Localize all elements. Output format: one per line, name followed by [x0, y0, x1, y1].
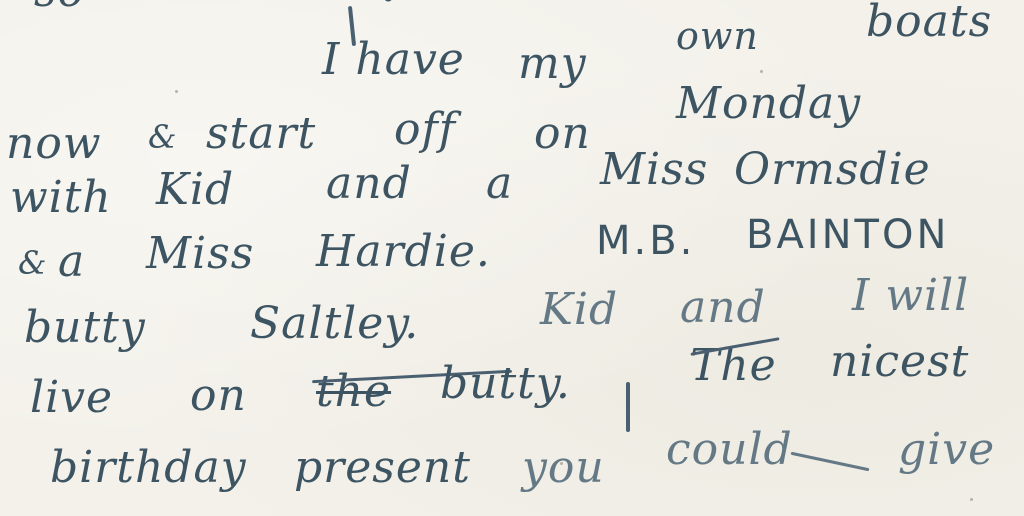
paper-speck: [560, 462, 563, 465]
word: butty: [24, 302, 146, 353]
word: Kid: [540, 284, 618, 335]
paper-speck: [760, 70, 763, 73]
word: Hardie.: [316, 226, 491, 277]
paper-speck: [175, 90, 178, 93]
word: give: [898, 424, 995, 475]
word: could: [666, 424, 793, 475]
word: live: [30, 372, 113, 423]
word: birthday: [50, 442, 247, 493]
word: with: [10, 172, 112, 223]
word: now: [6, 118, 102, 169]
word: Monday: [676, 78, 861, 129]
word: my: [518, 38, 587, 89]
word: and: [680, 282, 766, 333]
word: •: [380, 0, 398, 15]
word: Saltley.: [250, 298, 419, 349]
word: butty.: [440, 358, 571, 409]
word: a: [486, 158, 513, 209]
word: so: [34, 0, 85, 17]
word: you: [522, 442, 605, 493]
word: a: [58, 236, 85, 287]
word: nicest: [830, 336, 969, 387]
word: I have: [322, 34, 465, 85]
word: Ormsdie: [734, 144, 931, 195]
word: Miss: [146, 228, 254, 279]
word: start: [206, 108, 316, 159]
boat-initials: M.B.: [596, 218, 695, 264]
word: &: [148, 118, 177, 156]
word: Miss: [600, 144, 708, 195]
word: on: [534, 108, 591, 159]
word: and: [326, 158, 412, 209]
word: &: [18, 244, 47, 282]
letter-page: so • I have my own boats now & start off…: [0, 0, 1024, 516]
descender-stroke: [626, 382, 630, 432]
word: on: [190, 370, 247, 421]
paper-speck: [970, 498, 973, 501]
struck-word: the: [316, 366, 391, 417]
word: boats: [866, 0, 992, 47]
word: own: [676, 14, 759, 58]
boat-name: BAINTON: [746, 212, 949, 258]
word: present: [294, 442, 471, 493]
word: I will: [852, 270, 969, 321]
word: Kid: [156, 164, 234, 215]
word: off: [394, 104, 456, 155]
tail-stroke: [791, 452, 870, 472]
